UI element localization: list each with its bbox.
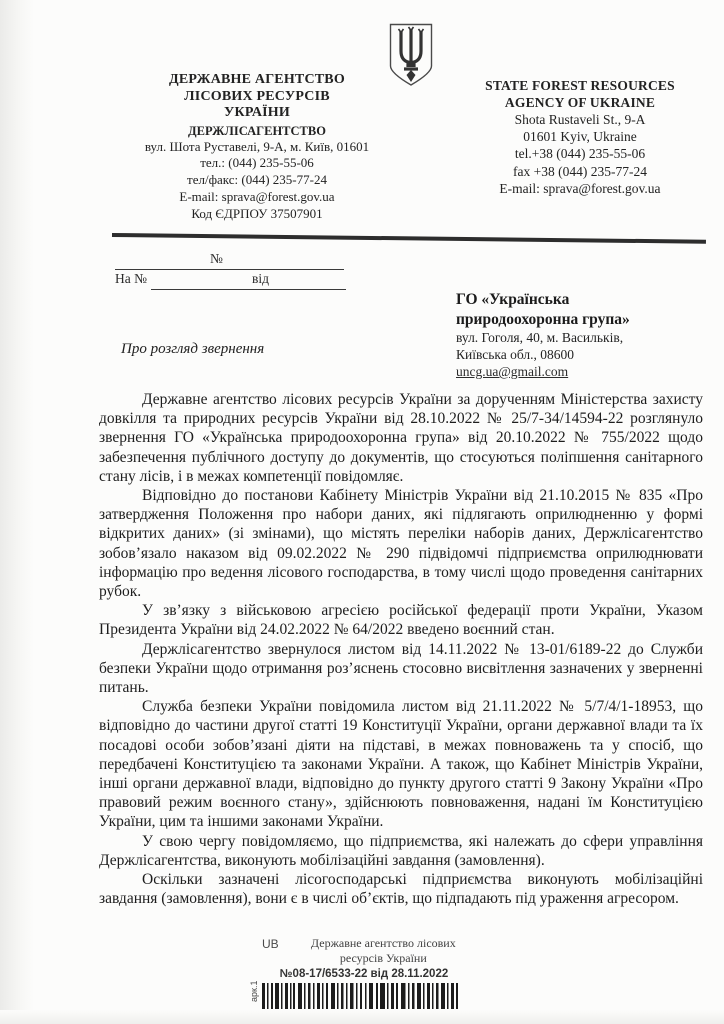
agency-email-en: E-mail: sprava@forest.gov.ua (456, 180, 704, 197)
outgoing-number-line: № (115, 250, 347, 270)
incoming-date-blank (272, 273, 346, 290)
agency-title-en-line: STATE FOREST RESOURCES (456, 78, 704, 95)
scanned-letter-page: ДЕРЖАВНЕ АГЕНТСТВО ЛІСОВИХ РЕСУРСІВ УКРА… (0, 0, 724, 1024)
stamp-header: UB Державне агентство лісових ресурсів У… (248, 936, 480, 966)
letterhead-ukrainian: ДЕРЖАВНЕ АГЕНТСТВО ЛІСОВИХ РЕСУРСІВ УКРА… (126, 72, 388, 222)
addressee-region: Київська обл., 08600 (456, 346, 708, 363)
incoming-number-label: На № (115, 271, 151, 290)
letterhead-english: STATE FOREST RESOURCES AGENCY OF UKRAINE… (456, 78, 704, 197)
incoming-number-blank (151, 273, 249, 290)
agency-email: E-mail: sprava@forest.gov.ua (126, 189, 388, 206)
addressee-email: uncg.ua@gmail.com (456, 363, 708, 381)
reference-number-block: № На №від (115, 250, 347, 290)
agency-fax: тел/факс: (044) 235-77-24 (126, 172, 388, 189)
agency-short-name: ДЕРЖЛІСАГЕНТСТВО (126, 123, 388, 139)
ukraine-trident-emblem (388, 22, 434, 88)
scan-edge-artifact (0, 0, 34, 1024)
agency-title-en-line: AGENCY OF UKRAINE (456, 95, 704, 112)
incoming-number-line: На №від (115, 270, 347, 290)
agency-fax-en: fax +38 (044) 235-77-24 (456, 163, 704, 180)
stamp-registration-number: №08-17/6533-22 від 28.11.2022 (248, 968, 480, 980)
letter-subject: Про розгляд звернення (121, 341, 264, 358)
letterhead-divider-rule (112, 233, 706, 243)
stamp-agency-line: ресурсів України (340, 951, 427, 965)
stamp-agency-name: Державне агентство лісових ресурсів Укра… (287, 936, 480, 966)
body-paragraph: Держлісагентство звернулося листом від 1… (99, 640, 703, 698)
body-paragraph: Відповідно до постанови Кабінету Міністр… (99, 486, 703, 601)
barcode-row: арк.1 (248, 983, 480, 1009)
body-paragraph: У свою чергу повідомляємо, що підприємст… (99, 832, 703, 870)
addressee-name: природоохоронна група» (456, 310, 708, 330)
letter-body: Державне агентство лісових ресурсів Укра… (99, 390, 703, 908)
scan-edge-artifact (0, 1010, 724, 1024)
incoming-date-label: від (249, 271, 272, 290)
body-paragraph: Державне агентство лісових ресурсів Укра… (99, 390, 703, 486)
agency-address-en: Shota Rustaveli St., 9-A (456, 111, 704, 128)
agency-title-line: ЛІСОВИХ РЕСУРСІВ (126, 89, 388, 106)
sheet-count-label: арк.1 (249, 990, 259, 1002)
agency-address: вул. Шота Руставелі, 9-А, м. Київ, 01601 (126, 139, 388, 156)
agency-edrpou-code: Код ЄДРПОУ 37507901 (126, 206, 388, 223)
stamp-agency-line: Державне агентство лісових (311, 936, 456, 950)
agency-title-line: УКРАЇНИ (126, 105, 388, 122)
registration-stamp: UB Державне агентство лісових ресурсів У… (248, 936, 480, 1009)
body-paragraph: Служба безпеки України повідомила листом… (99, 697, 703, 831)
agency-phone-en: tel.+38 (044) 235-55-06 (456, 145, 704, 162)
body-paragraph: Оскільки зазначені лісогосподарські підп… (99, 870, 703, 908)
number-sign-label: № (207, 251, 226, 270)
outgoing-date-blank (115, 253, 207, 270)
outgoing-number-blank (226, 253, 344, 270)
agency-phone: тел.: (044) 235-55-06 (126, 155, 388, 172)
addressee-block: ГО «Українська природоохоронна група» ву… (456, 290, 708, 381)
agency-title-line: ДЕРЖАВНЕ АГЕНТСТВО (126, 72, 388, 89)
addressee-street: вул. Гоголя, 40, м. Васильків, (456, 329, 708, 346)
barcode (262, 983, 458, 1009)
stamp-logo: UB (262, 937, 279, 951)
agency-city-en: 01601 Kyiv, Ukraine (456, 128, 704, 145)
addressee-name: ГО «Українська (456, 290, 708, 310)
body-paragraph: У зв’язку з військовою агресією російськ… (99, 601, 703, 639)
